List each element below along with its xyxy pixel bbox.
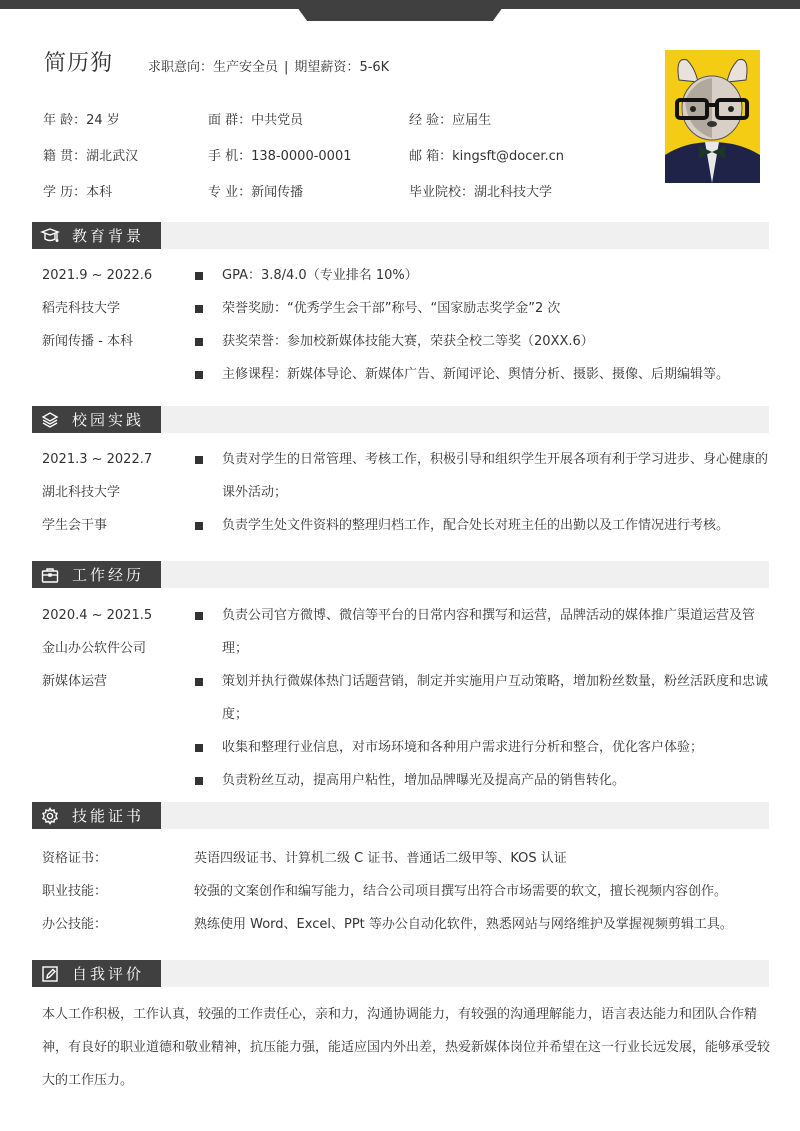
- skill-value: 英语四级证书、计算机二级 C 证书、普通话二级甲等、KOS 认证: [194, 842, 567, 875]
- campus-school: 湖北科技大学: [42, 476, 152, 509]
- education-period: 2021.9 ~ 2022.6: [42, 259, 152, 292]
- section-title: 教育背景: [72, 225, 144, 246]
- section-title: 校园实践: [72, 409, 144, 430]
- education-major: 新闻传播 - 本科: [42, 325, 152, 358]
- self-evaluation-text: 本人工作积极，工作认真，较强的工作责任心，亲和力，沟通协调能力，有较强的沟通理解…: [42, 998, 772, 1097]
- skill-key: 办公技能：: [42, 908, 194, 941]
- section-education-header: 教育背景: [32, 222, 769, 249]
- info-degree: 学 历：本科: [43, 181, 208, 200]
- section-tag: 校园实践: [32, 406, 161, 433]
- skills-list: 资格证书： 英语四级证书、计算机二级 C 证书、普通话二级甲等、KOS 认证 职…: [42, 842, 772, 941]
- info-row: 年 龄：24 岁 面 群：中共党员 经 验：应届生: [43, 100, 643, 136]
- skill-value: 较强的文案创作和编写能力，结合公司项目撰写出符合市场需要的软文，擅长视频内容创作…: [194, 875, 727, 908]
- section-title: 技能证书: [72, 805, 144, 826]
- info-experience: 经 验：应届生: [409, 109, 643, 128]
- section-tag: 教育背景: [32, 222, 161, 249]
- info-politics: 面 群：中共党员: [208, 109, 409, 128]
- education-bullets: GPA：3.8/4.0（专业排名 10%） 荣誉奖励：“优秀学生会干部”称号、“…: [194, 259, 774, 391]
- skill-row: 职业技能： 较强的文案创作和编写能力，结合公司项目撰写出符合市场需要的软文，擅长…: [42, 875, 772, 908]
- info-school: 毕业院校：湖北科技大学: [409, 181, 643, 200]
- section-tag: 技能证书: [32, 802, 161, 829]
- section-title: 工作经历: [72, 564, 144, 585]
- skill-row: 办公技能： 熟练使用 Word、Excel、PPt 等办公自动化软件，熟悉网站与…: [42, 908, 772, 941]
- section-tag: 自我评价: [32, 960, 161, 987]
- top-bar-tab: [292, 0, 508, 21]
- briefcase-icon: [40, 565, 60, 585]
- section-title: 自我评价: [72, 963, 144, 984]
- job-intent: 求职意向：生产安全员|期望薪资：5-6K: [148, 56, 389, 75]
- info-hometown: 籍 贯：湖北武汉: [43, 145, 208, 164]
- list-item: 收集和整理行业信息，对市场环境和各种用户需求进行分析和整合，优化客户体验；: [194, 731, 774, 764]
- campus-period: 2021.3 ~ 2022.7: [42, 443, 152, 476]
- list-item: 负责学生处文件资料的整理归档工作，配合处长对班主任的出勤以及工作情况进行考核。: [194, 509, 774, 542]
- work-bullets: 负责公司官方微博、微信等平台的日常内容和撰写和运营，品牌活动的媒体推广渠道运营及…: [194, 599, 774, 797]
- info-row: 学 历：本科 专 业：新闻传播 毕业院校：湖北科技大学: [43, 172, 643, 208]
- intent-value: 生产安全员: [213, 60, 278, 75]
- list-item: 负责对学生的日常管理、考核工作，积极引导和组织学生开展各项有利于学习进步、身心健…: [194, 443, 774, 509]
- list-item: 荣誉奖励：“优秀学生会干部”称号、“国家励志奖学金”2 次: [194, 292, 774, 325]
- section-work-header: 工作经历: [32, 561, 769, 588]
- work-position: 新媒体运营: [42, 665, 152, 698]
- list-item: 主修课程：新媒体导论、新媒体广告、新闻评论、舆情分析、摄影、摄像、后期编辑等。: [194, 358, 774, 391]
- info-email: 邮 箱：kingsft@docer.cn: [409, 145, 643, 164]
- list-item: 策划并执行微媒体热门话题营销，制定并实施用户互动策略，增加粉丝数量，粉丝活跃度和…: [194, 665, 774, 731]
- list-item: 负责粉丝互动，提高用户粘性，增加品牌曝光及提高产品的销售转化。: [194, 764, 774, 797]
- separator: |: [284, 60, 288, 75]
- list-item: 获奖荣誉：参加校新媒体技能大赛，荣获全校二等奖（20XX.6）: [194, 325, 774, 358]
- campus-meta: 2021.3 ~ 2022.7 湖北科技大学 学生会干事: [42, 443, 152, 542]
- avatar-photo: [665, 50, 760, 183]
- candidate-name: 简历狗: [44, 46, 113, 77]
- personal-info: 年 龄：24 岁 面 群：中共党员 经 验：应届生 籍 贯：湖北武汉 手 机：1…: [43, 100, 643, 208]
- campus-role: 学生会干事: [42, 509, 152, 542]
- layers-icon: [40, 410, 60, 430]
- section-self-header: 自我评价: [32, 960, 769, 987]
- info-phone: 手 机：138-0000-0001: [208, 145, 409, 164]
- list-item: GPA：3.8/4.0（专业排名 10%）: [194, 259, 774, 292]
- work-period: 2020.4 ~ 2021.5: [42, 599, 152, 632]
- education-school: 稻壳科技大学: [42, 292, 152, 325]
- info-age: 年 龄：24 岁: [43, 109, 208, 128]
- intent-label: 求职意向：: [148, 60, 213, 75]
- edit-icon: [40, 964, 60, 984]
- graduation-cap-icon: [40, 226, 60, 246]
- education-meta: 2021.9 ~ 2022.6 稻壳科技大学 新闻传播 - 本科: [42, 259, 152, 358]
- skill-row: 资格证书： 英语四级证书、计算机二级 C 证书、普通话二级甲等、KOS 认证: [42, 842, 772, 875]
- salary-label: 期望薪资：: [294, 60, 359, 75]
- info-major: 专 业：新闻传播: [208, 181, 409, 200]
- skill-value: 熟练使用 Word、Excel、PPt 等办公自动化软件，熟悉网站与网络维护及掌…: [194, 908, 733, 941]
- gear-icon: [40, 806, 60, 826]
- skill-key: 职业技能：: [42, 875, 194, 908]
- section-campus-header: 校园实践: [32, 406, 769, 433]
- work-company: 金山办公软件公司: [42, 632, 152, 665]
- salary-value: 5-6K: [359, 60, 389, 75]
- work-meta: 2020.4 ~ 2021.5 金山办公软件公司 新媒体运营: [42, 599, 152, 698]
- list-item: 负责公司官方微博、微信等平台的日常内容和撰写和运营，品牌活动的媒体推广渠道运营及…: [194, 599, 774, 665]
- section-skills-header: 技能证书: [32, 802, 769, 829]
- skill-key: 资格证书：: [42, 842, 194, 875]
- section-tag: 工作经历: [32, 561, 161, 588]
- info-row: 籍 贯：湖北武汉 手 机：138-0000-0001 邮 箱：kingsft@d…: [43, 136, 643, 172]
- campus-bullets: 负责对学生的日常管理、考核工作，积极引导和组织学生开展各项有利于学习进步、身心健…: [194, 443, 774, 542]
